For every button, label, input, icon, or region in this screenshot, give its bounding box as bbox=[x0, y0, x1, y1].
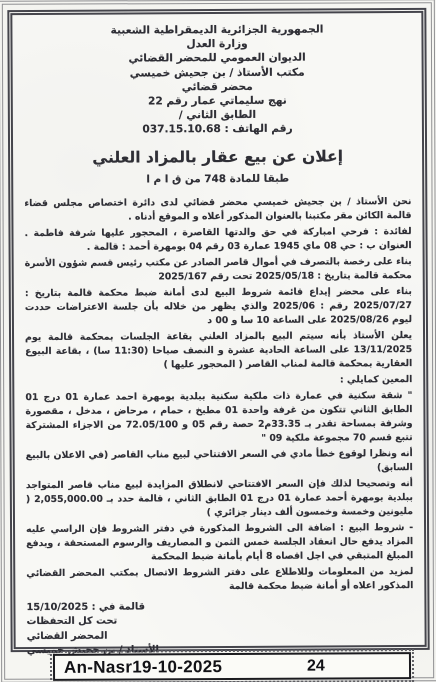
body-paragraph-authorization: بناء على رخصة بالتصرف في أموال قاصر الصا… bbox=[25, 255, 412, 285]
publication-source-date: An-Nasr19-10-2025 bbox=[55, 657, 222, 678]
body-paragraph-deposit-record: بناء على محضر إيداع قائمة شروط البيع لدى… bbox=[25, 285, 412, 329]
notice-body: نحن الأستاذ / بن جحيش خميسي محضر قضائي ل… bbox=[24, 195, 413, 595]
document-header: الجمهورية الجزائرية الديمقراطية الشعبية … bbox=[23, 22, 411, 138]
body-paragraph-sale-conditions: - شروط البيع : اضافة الى الشروط المذكورة… bbox=[26, 521, 413, 565]
body-paragraph-auction-date: يعلن الأستاذ بأنه سيتم البيع بالمزاد الع… bbox=[25, 329, 412, 373]
body-paragraph-designation-label: المعين كمايلي : bbox=[25, 373, 412, 389]
publication-strip: An-Nasr19-10-2025 24 bbox=[53, 652, 411, 681]
notice-title: إعلان عن بيع عقار بالمزاد العلني bbox=[24, 147, 411, 167]
body-paragraph-opening-price: أنه وتصحيحا لذلك فإن السعر الافتتاحي لان… bbox=[26, 477, 413, 521]
page-number: 24 bbox=[307, 657, 325, 675]
body-paragraph-intro: نحن الأستاذ / بن جحيش خميسي محضر قضائي ل… bbox=[24, 195, 411, 225]
notice-subtitle: طبقا للمادة 748 من ق ا م ا bbox=[24, 172, 411, 186]
document-frame: الجمهورية الجزائرية الديمقراطية الشعبية … bbox=[7, 8, 429, 652]
body-paragraph-more-info: لمزيد من المعلومات وللاطلاع على دفتر الش… bbox=[26, 565, 413, 595]
body-paragraph-beneficiary: لفائدة : فرحي امباركة في حق والدتها القا… bbox=[24, 225, 411, 255]
document-footer: قالمة في : 15/10/2025 تحت كل التحفظات ال… bbox=[26, 599, 413, 659]
title-block: إعلان عن بيع عقار بالمزاد العلني طبقا لل… bbox=[24, 147, 411, 186]
scanned-notice-page: الجمهورية الجزائرية الديمقراطية الشعبية … bbox=[0, 0, 436, 682]
body-paragraph-error-note: أنه ونظرا لوقوع خطأ مادي في السعر الافتت… bbox=[26, 447, 413, 477]
body-paragraph-property-description: " شقة سكنية في عمارة ذات ملكية سكنية ببل… bbox=[25, 389, 412, 447]
header-phone-number: رقم الهاتف : 037.15.10.68 bbox=[24, 121, 411, 137]
